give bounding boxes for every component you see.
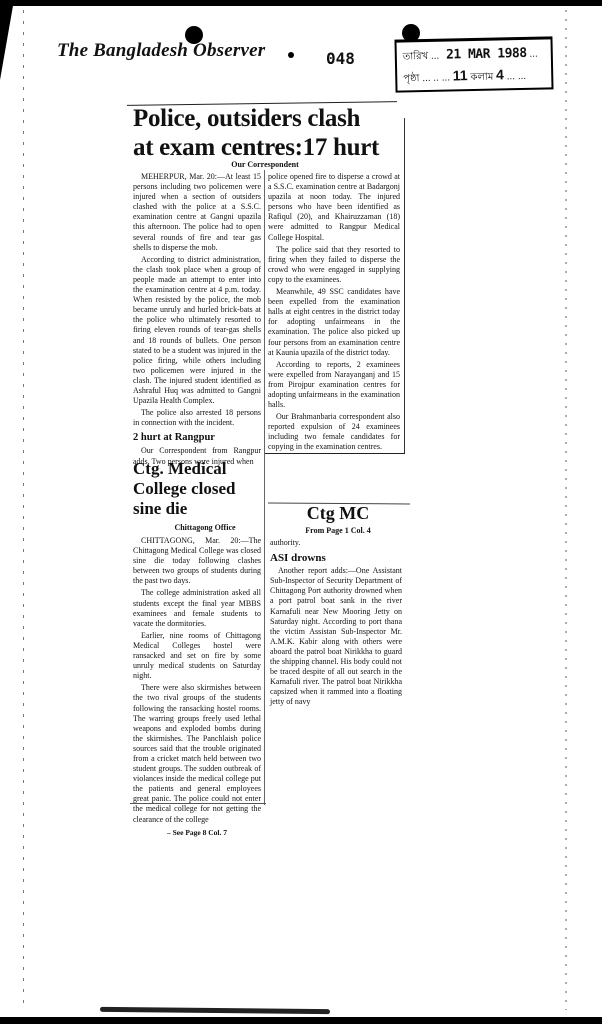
continued-label: See Page 8 Col. 7: [173, 828, 227, 837]
stamp-page-row: পৃষ্ঠা ... .. ... 11 কলাম 4 ... ...: [403, 66, 526, 89]
stamp-date-label: তারিখ: [403, 51, 429, 63]
archive-stamp: তারিখ ... 21 MAR 1988 ... পৃষ্ঠা ... .. …: [394, 36, 553, 92]
story3-headline: Ctg MC: [268, 503, 408, 524]
story1-paragraph: MEHERPUR, Mar. 20:—At least 15 persons i…: [133, 172, 261, 253]
scan-edge-top: [0, 0, 602, 6]
story2-headline-line3: sine die: [133, 499, 235, 519]
story3-column: authority. ASI drowns Another report add…: [270, 538, 402, 708]
clip-mid-border: [265, 453, 405, 454]
story1-paragraph: According to reports, 2 examinees were e…: [268, 360, 400, 410]
story1-column1: MEHERPUR, Mar. 20:—At least 15 persons i…: [133, 172, 261, 467]
story1-headline-line1: Police, outsiders clash: [133, 106, 379, 131]
column-divider: [264, 170, 265, 805]
story1-column2: police opened fire to disperse a crowd a…: [268, 172, 400, 453]
page-number: 048: [326, 49, 355, 68]
stamp-date: 21 MAR 1988: [446, 46, 527, 63]
story1-headline-line2: at exam centres:17 hurt: [133, 135, 379, 160]
story2-column: CHITTAGONG, Mar. 20:—The Chittagong Medi…: [133, 536, 261, 838]
story1-byline: Our Correspondent: [200, 160, 330, 169]
story2-byline: Chittagong Office: [150, 523, 260, 532]
story1-paragraph: Meanwhile, 49 SSC candidates have been e…: [268, 287, 400, 358]
fold-line-right: [565, 10, 567, 1010]
story2-headline-line1: Ctg. Medical: [133, 459, 235, 479]
story1-paragraph: police opened fire to disperse a crowd a…: [268, 172, 400, 243]
stamp-column-value: 4: [496, 66, 504, 82]
stamp-page-value: 11: [453, 67, 468, 83]
story3-lead: authority.: [270, 538, 402, 548]
story1-paragraph: According to district administration, th…: [133, 255, 261, 406]
story2-paragraph: CHITTAGONG, Mar. 20:—The Chittagong Medi…: [133, 536, 261, 586]
story2-bottom-border: [130, 803, 266, 804]
story3-from-line: From Page 1 Col. 4: [268, 526, 408, 535]
newspaper-masthead: The Bangladesh Observer: [57, 40, 265, 62]
scan-smudge: [100, 1007, 330, 1014]
scan-edge-bottom: [0, 1017, 602, 1024]
story2-headline: Ctg. Medical College closed sine die: [133, 459, 235, 519]
stamp-date-row: তারিখ ... 21 MAR 1988 ...: [403, 46, 538, 67]
story2-paragraph: Earlier, nine rooms of Chittagong Medica…: [133, 631, 261, 681]
story1-paragraph: Our Brahmanbaria correspondent also repo…: [268, 412, 400, 452]
story3-subhead: ASI drowns: [270, 553, 402, 563]
story1-paragraph: The police also arrested 18 persons in c…: [133, 408, 261, 428]
story2-paragraph: The college administration asked all stu…: [133, 588, 261, 628]
stamp-page-label: পৃষ্ঠা: [403, 73, 419, 84]
story3-paragraph: Another report adds:—One Assistant Sub-I…: [270, 566, 402, 707]
story1-paragraph: The police said that they resorted to fi…: [268, 245, 400, 285]
clip-right-border: [404, 118, 405, 454]
ink-dot: [288, 52, 294, 58]
fold-line-left: [23, 10, 24, 1010]
story2-continued: – See Page 8 Col. 7: [133, 828, 261, 838]
scan-corner-shadow: [0, 0, 14, 80]
stamp-column-label: কলাম: [470, 72, 493, 83]
story1-headline: Police, outsiders clash at exam centres:…: [133, 106, 379, 164]
story2-headline-line2: College closed: [133, 479, 235, 499]
story1-subhead: 2 hurt at Rangpur: [133, 433, 261, 443]
